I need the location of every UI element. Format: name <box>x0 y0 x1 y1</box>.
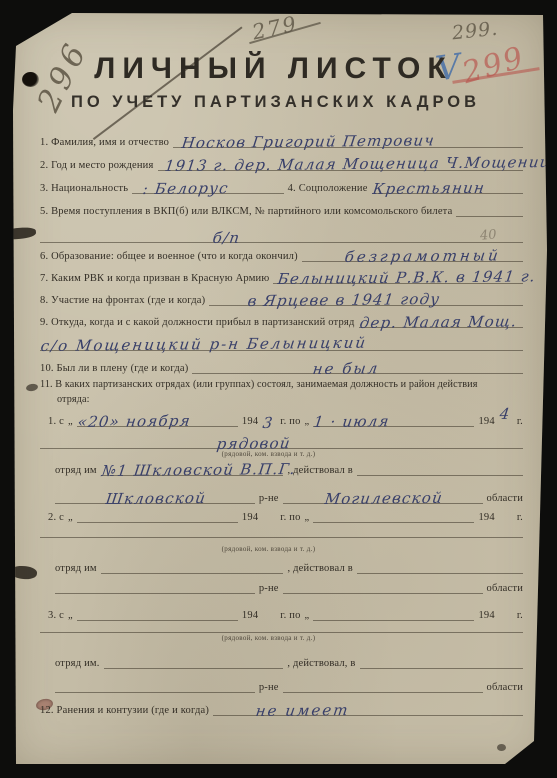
position-hint: (рядовой, ком. взвода и т. д.) <box>40 545 497 553</box>
quote-mark: „ <box>68 416 73 427</box>
field-rvk: 7. Каким РВК и когда призван в Красную А… <box>40 267 523 284</box>
fill-line: рядовой <box>40 438 523 449</box>
fill-line: в Ярцеве в 1941 году <box>209 295 523 306</box>
field-wounds: 12. Ранения и контузии (где и когда) не … <box>40 699 523 716</box>
field-label: 7. Каким РВК и когда призван в Красную А… <box>40 273 269 284</box>
fill-line <box>283 593 483 594</box>
ink-smear <box>0 227 36 240</box>
oblast-label: области <box>487 493 524 504</box>
service-entry-position-line <box>40 616 523 633</box>
year-po: г. по <box>280 416 300 427</box>
acted-label: , действовал в <box>287 465 352 476</box>
entry-number: 1. с <box>48 416 64 427</box>
field-label: 12. Ранения и контузии (где и когда) <box>40 705 209 716</box>
year-end: г. <box>517 416 523 427</box>
service-entry-region: р-не области <box>55 676 523 693</box>
field-party-membership-line2: б/п <box>40 226 523 243</box>
field-label: 10. Был ли в плену (где и когда) <box>40 363 188 374</box>
form-subtitle: ПО УЧЕТУ ПАРТИЗАНСКИХ КАДРОВ <box>0 93 551 112</box>
field-nationality-social: 3. Национальность : Белорус 4. Соцположе… <box>40 177 523 194</box>
oblast-label: области <box>487 682 524 693</box>
handwritten-unit: №1 Шкловской В.П.Г. <box>101 463 297 477</box>
field-label: 4. Соцположение <box>288 183 368 194</box>
scanned-form-page: 296 279 299. V 299 40 ЛИЧНЫЙ ЛИСТОК ПО У… <box>0 0 557 778</box>
field-label: 8. Участие на фронтах (где и когда) <box>40 295 205 306</box>
handwritten-value: Белыницкий Р.В.К. в 1941 г. <box>277 270 537 285</box>
fill-line: с/о Мощеницкий р-н Белыницкий <box>40 340 523 351</box>
ink-smear <box>25 383 38 392</box>
fill-line <box>360 668 523 669</box>
district-label: р-не <box>259 682 279 693</box>
handwritten-value: с/о Мощеницкий р-н Белыницкий <box>40 337 368 352</box>
fill-line: не имеет <box>213 705 523 716</box>
unit-label: отряд им <box>55 465 97 476</box>
handwritten-value: б/п <box>212 232 241 244</box>
field-party-membership: 5. Время поступления в ВКП(б) или ВЛКСМ,… <box>40 200 523 217</box>
field-units-heading: 11. В каких партизанских отрядах (или гр… <box>40 379 527 390</box>
oblast-label: области <box>487 583 524 594</box>
fill-line: Носков Григорий Петрович <box>173 137 523 148</box>
handwritten-year-digit: 4 <box>499 408 515 420</box>
fill-line <box>40 537 523 538</box>
field-label: 6. Образование: общее и военное (что и к… <box>40 251 298 262</box>
service-entry-region: Шкловской р-не Могилевской области <box>55 487 523 504</box>
fill-line: безграмотный <box>302 251 523 262</box>
field-label: 3. Национальность <box>40 183 128 194</box>
handwritten-oblast: Могилевской <box>324 492 444 505</box>
fill-line: дер. Малая Мощ. <box>359 317 524 328</box>
handwritten-value: не имеет <box>255 704 350 717</box>
position-hint: (рядовой, ком. взвода и т. д.) <box>40 450 497 458</box>
handwritten-district: Шкловской <box>105 492 207 505</box>
service-entry-region: р-не области <box>55 577 523 594</box>
field-label: 1. Фамилия, имя и отчество <box>40 137 169 148</box>
acted-label: , действовал в <box>287 563 352 574</box>
field-arrival: 9. Откуда, когда и с какой должности при… <box>40 311 523 328</box>
acted-label: , действовал, в <box>287 658 355 669</box>
fill-line: 1 · июля <box>313 416 474 427</box>
field-surname: 1. Фамилия, имя и отчество Носков Григор… <box>40 131 523 148</box>
fill-line: №1 Шкловской В.П.Г. <box>101 465 284 476</box>
handwritten-year-digit: 3 <box>262 417 278 429</box>
field-arrival-line2: с/о Мощеницкий р-н Белыницкий <box>40 334 523 351</box>
fill-line: б/п <box>40 232 523 243</box>
service-entry-unit: отряд им. , действовал, в <box>55 652 523 669</box>
handwritten-value: Крестьянин <box>372 182 486 195</box>
handwritten-position: рядовой <box>216 437 292 450</box>
handwritten-value: 1913 г. дер. Малая Мощеница Ч.Мощеницу <box>164 156 557 172</box>
field-label: 5. Время поступления в ВКП(б) или ВЛКСМ,… <box>40 206 452 217</box>
field-captivity: 10. Был ли в плену (где и когда) не был <box>40 357 523 374</box>
fill-line: Шкловской <box>55 493 255 504</box>
position-hint: (рядовой, ком. взвода и т. д.) <box>40 634 497 642</box>
district-label: р-не <box>259 583 279 594</box>
service-entry-position-line: рядовой <box>40 432 523 449</box>
quote-mark: „ <box>305 416 310 427</box>
handwritten-value: в Ярцеве в 1941 году <box>247 293 441 307</box>
handwritten-value: безграмотный <box>344 249 502 263</box>
handwritten-from-date: «20» ноября <box>77 415 192 428</box>
fill-line <box>40 632 523 633</box>
district-label: р-не <box>259 493 279 504</box>
fill-line: : Белорус <box>132 183 283 194</box>
ink-smear <box>9 565 37 581</box>
service-entry-position-line <box>40 521 523 538</box>
service-entry-dates: 1. с „ «20» ноября 194 3 г. по „ 1 · июл… <box>48 410 523 427</box>
fill-line <box>357 573 523 574</box>
ink-dot <box>497 744 506 751</box>
unit-label: отряд им <box>55 563 97 574</box>
fill-line: Белыницкий Р.В.К. в 1941 г. <box>273 273 523 284</box>
field-birth: 2. Год и место рождения 1913 г. дер. Мал… <box>40 154 523 171</box>
scan-background: 296 279 299. V 299 40 ЛИЧНЫЙ ЛИСТОК ПО У… <box>0 0 557 778</box>
field-fronts: 8. Участие на фронтах (где и когда) в Яр… <box>40 289 523 306</box>
handwritten-value: Носков Григорий Петрович <box>181 134 436 149</box>
year-prefix: 194 <box>478 416 494 427</box>
fill-line: Могилевской <box>283 493 483 504</box>
field-label: 2. Год и место рождения <box>40 160 154 171</box>
fill-line <box>55 692 255 693</box>
fill-line: не был <box>192 363 523 374</box>
fill-line <box>357 475 523 476</box>
pencil-number-top-right: 299. <box>451 18 499 45</box>
fill-line <box>456 216 523 217</box>
fill-line: «20» ноября <box>77 416 238 427</box>
field-label: 9. Откуда, когда и с какой должности при… <box>40 317 355 328</box>
fill-line <box>55 593 255 594</box>
fill-line <box>101 573 284 574</box>
handwritten-value: : Белорус <box>142 182 229 195</box>
year-prefix: 194 <box>242 416 258 427</box>
unit-label: отряд им. <box>55 658 100 669</box>
service-entry-unit: отряд им №1 Шкловской В.П.Г. , действова… <box>55 459 523 476</box>
service-entry-unit: отряд им , действовал в <box>55 557 523 574</box>
field-education: 6. Образование: общее и военное (что и к… <box>40 245 523 262</box>
fill-line <box>283 692 483 693</box>
handwritten-to-date: 1 · июля <box>313 415 390 428</box>
handwritten-value: дер. Малая Мощ. <box>359 315 518 329</box>
fill-line: Крестьянин <box>372 183 523 194</box>
handwritten-value: не был <box>312 362 380 375</box>
field-units-heading-line2: отряда: <box>57 394 527 405</box>
fill-line: 1913 г. дер. Малая Мощеница Ч.Мощеницу <box>158 160 523 171</box>
fill-line <box>104 668 284 669</box>
form-title: ЛИЧНЫЙ ЛИСТОК <box>0 52 547 86</box>
